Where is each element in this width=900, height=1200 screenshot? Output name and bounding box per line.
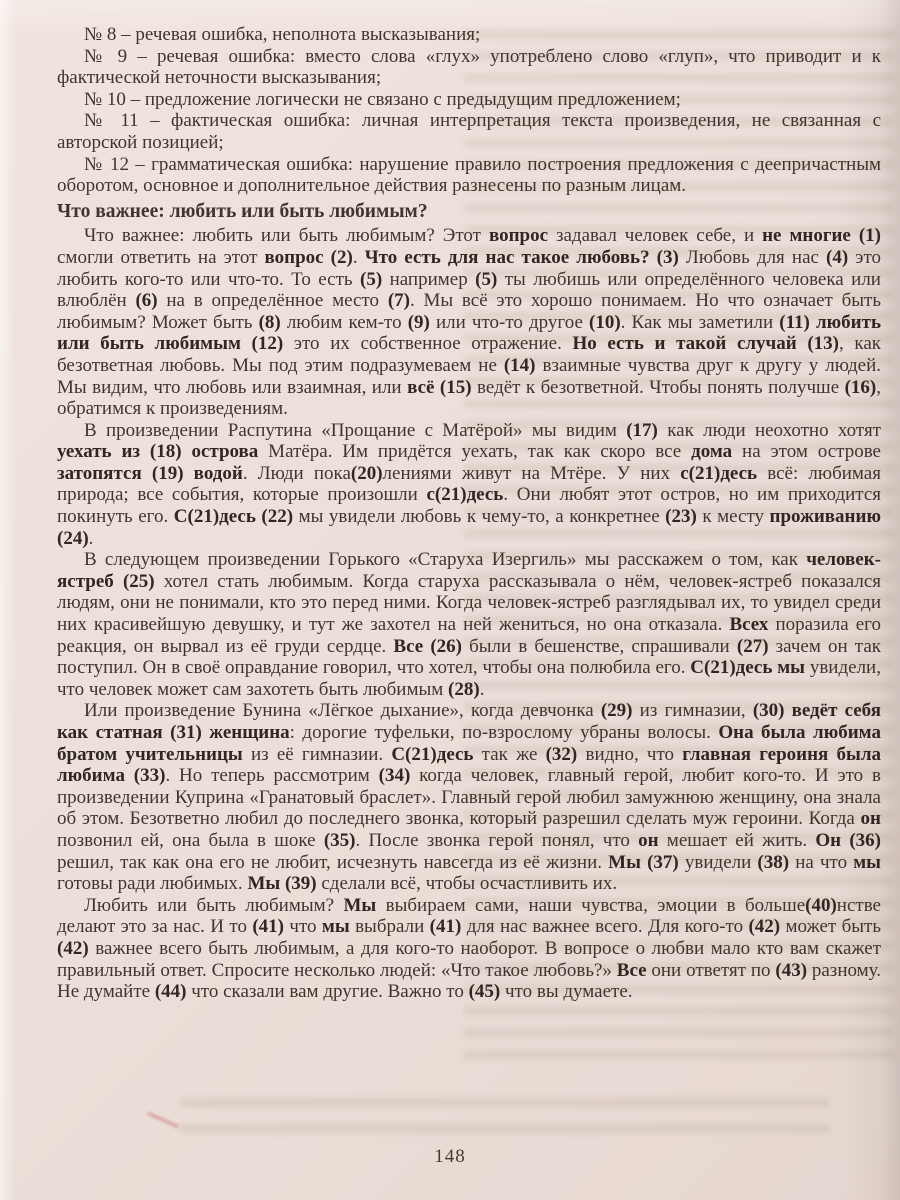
- error-note: № 11 – фактическая ошибка: личная интерп…: [57, 110, 881, 153]
- essay-paragraph: В следующем произведении Горького «Стару…: [57, 549, 881, 700]
- essay-title: Что важнее: любить или быть любимым?: [57, 201, 881, 223]
- essay-paragraph: В произведении Распутина «Прощание с Мат…: [57, 420, 881, 550]
- error-note: № 10 – предложение логически не связано …: [57, 89, 881, 111]
- error-note: № 12 – грамматическая ошибка: нарушение …: [57, 154, 881, 197]
- crease-mark: [147, 1111, 180, 1128]
- essay-paragraph: Или произведение Бунина «Лёгкое дыхание»…: [57, 700, 881, 894]
- essay-paragraph: Любить или быть любимым? Мы выбираем сам…: [57, 895, 881, 1003]
- essay-paragraph: Что важнее: любить или быть любимым? Это…: [57, 225, 881, 419]
- book-page: № 8 – речевая ошибка, неполнота высказыв…: [0, 0, 900, 1200]
- essay-body: Что важнее: любить или быть любимым? Это…: [57, 225, 881, 1002]
- error-notes-section: № 8 – речевая ошибка, неполнота высказыв…: [57, 24, 881, 197]
- page-number: 148: [0, 1146, 900, 1168]
- page-content: № 8 – речевая ошибка, неполнота высказыв…: [57, 24, 881, 1003]
- error-note: № 9 – речевая ошибка: вместо слова «глух…: [57, 46, 881, 89]
- bleed-through-texture: [180, 1098, 830, 1140]
- error-note: № 8 – речевая ошибка, неполнота высказыв…: [57, 24, 881, 46]
